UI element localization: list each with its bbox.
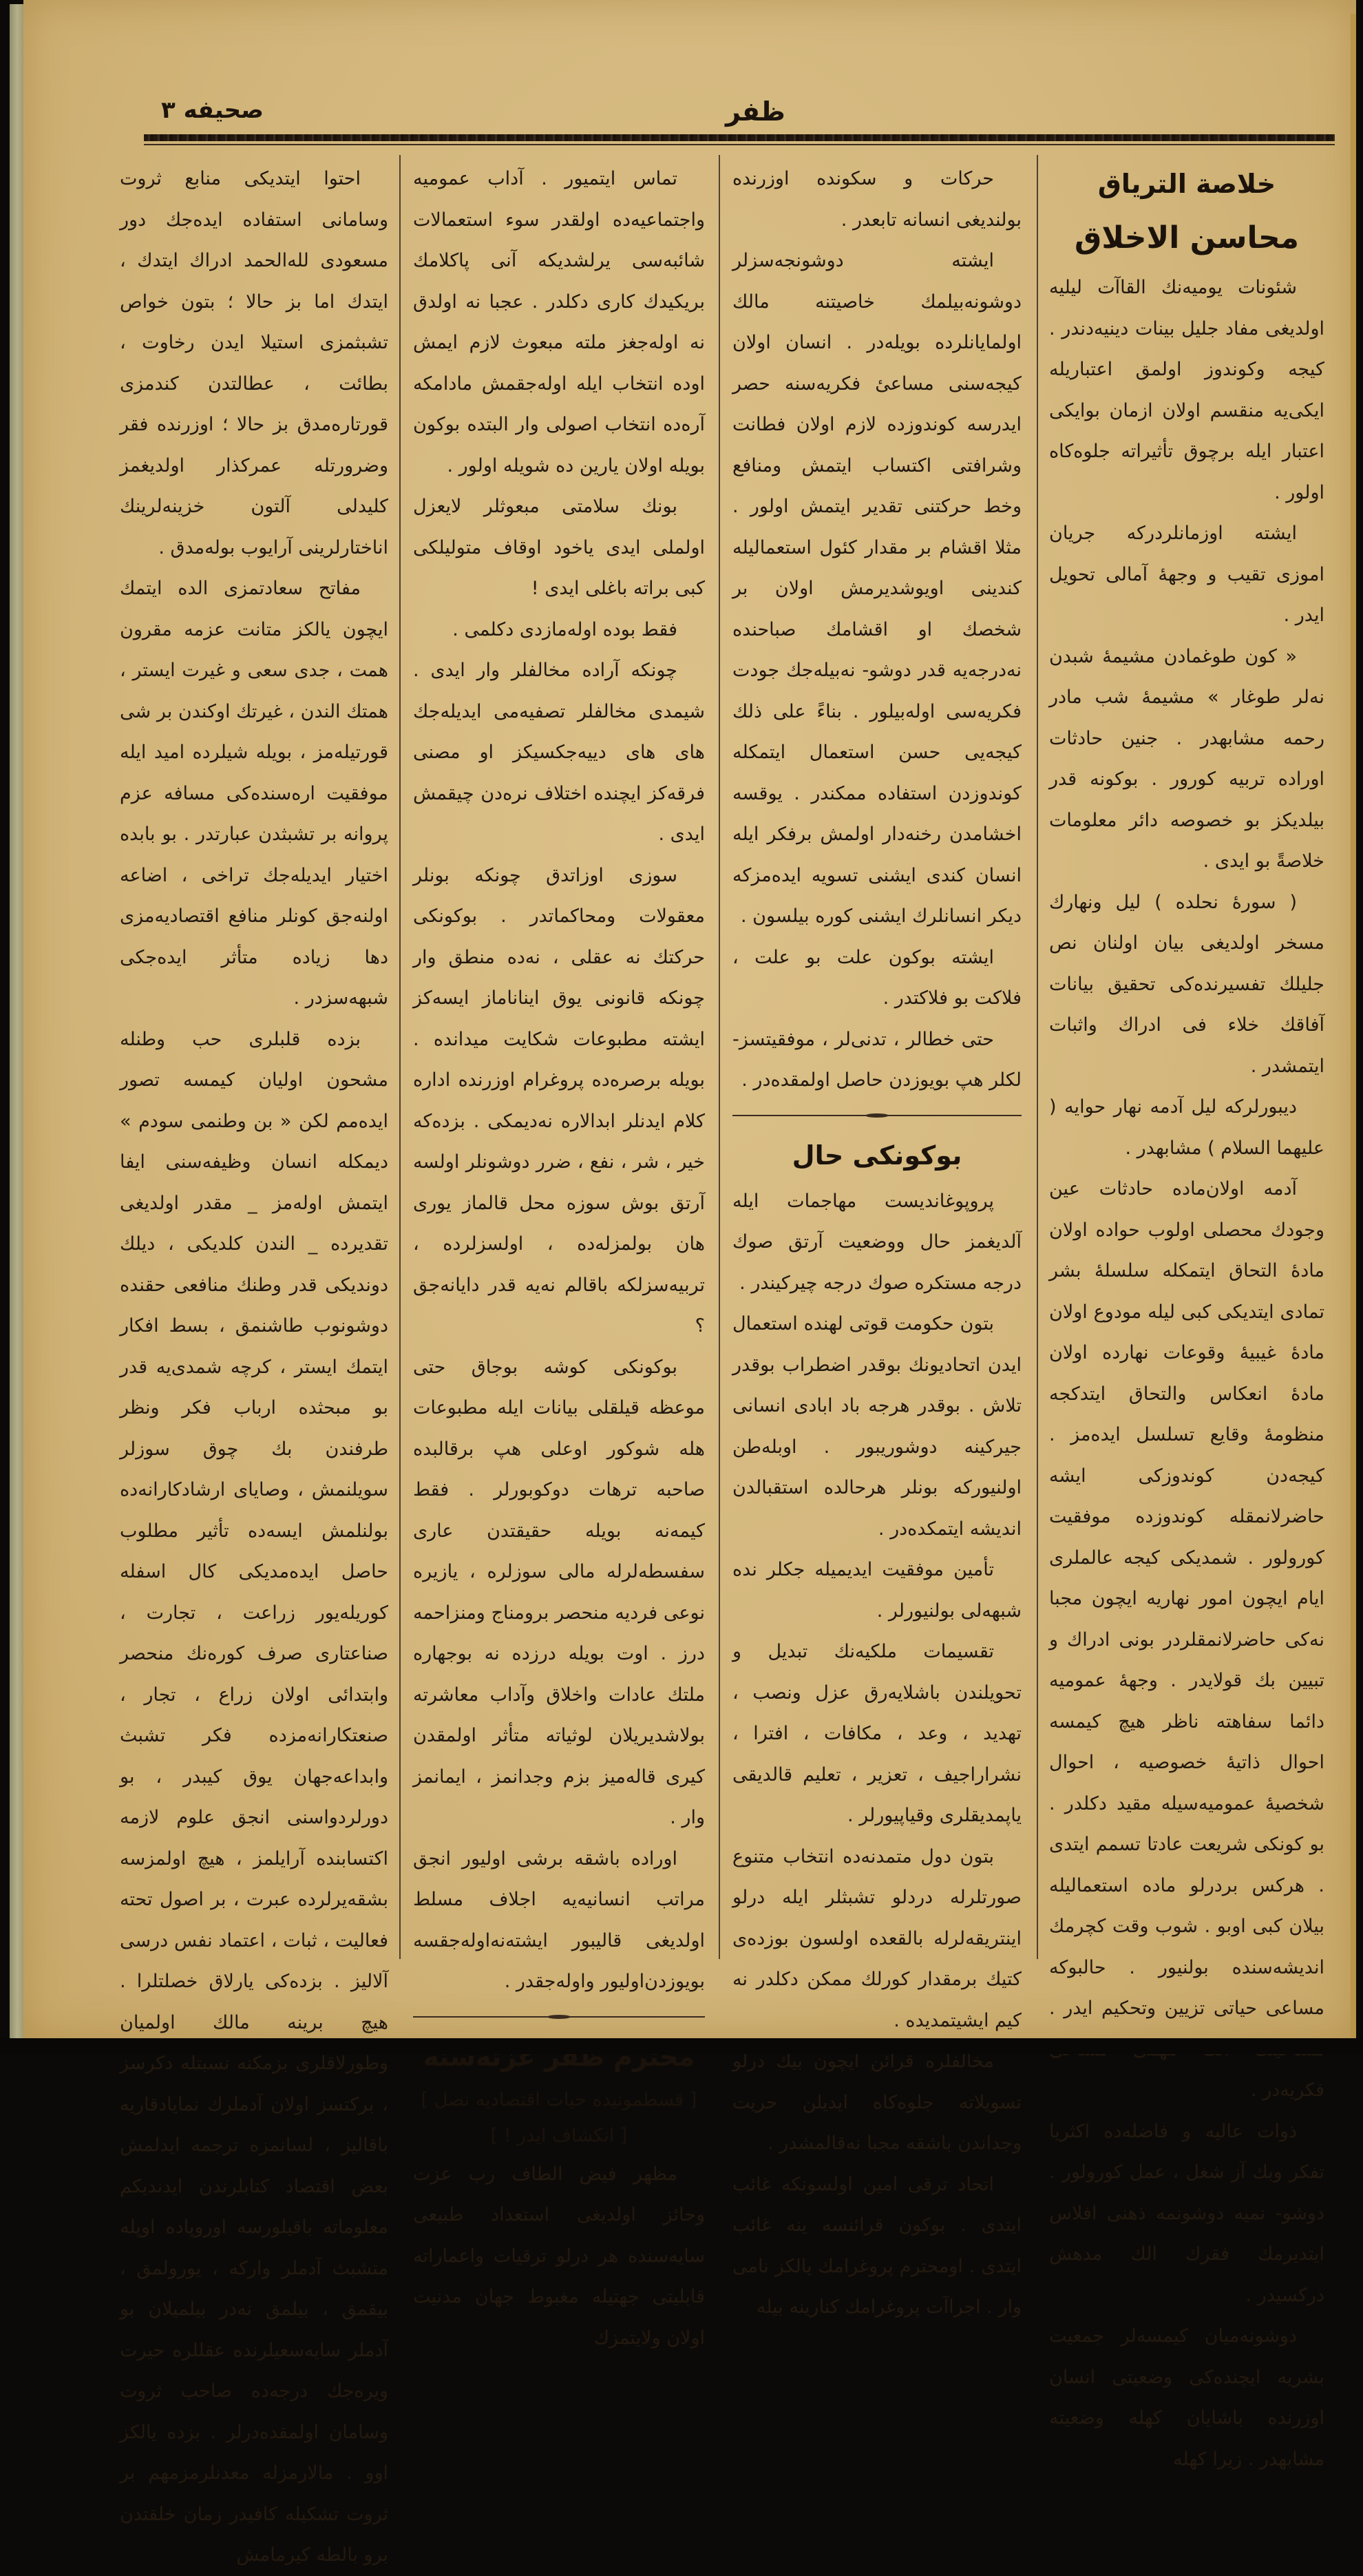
section-separator [732,1108,1022,1123]
paragraph: ( سورۀ نحلده ) لیل ونهارك مسخر اولدیغی ب… [1049,882,1324,1087]
paragraph: تأمین موفقیت ایدیمیله جکلر نده شبهه‌لی ب… [732,1549,1022,1631]
paragraph: « کون طوغمادن مشیمۀ شبدن نه‌لر طوغار » م… [1049,636,1324,882]
newspaper-title: ظفر [726,96,785,127]
paragraph: حرکات و سکونده اوزرنده بولندیغی انسانه ت… [732,158,1022,240]
paragraph: احتوا ایتدیکی منابع ثروت وسامانی استفاده… [120,158,388,568]
column-right: خلاصة التریاق محاسن الاخلاق شئونات یومیه… [1049,158,1324,2054]
paragraph: دیبورلرکه لیل آدمه نهار حوایه ( علیهما ا… [1049,1087,1324,1169]
column-center-left: تماس ایتمیور . آداب عمومیه واجتماعیه‌ده … [413,158,705,2054]
paragraph: چونکه آراده مخالفلر وار ایدی . شیمدی مخا… [413,650,705,855]
scan-background: صحیفه ٣ ظفر خلاصة التریاق محاسن الاخلاق … [0,0,1363,2054]
newspaper-page: صحیفه ٣ ظفر خلاصة التریاق محاسن الاخلاق … [23,0,1356,2038]
paragraph: بونك سلامتی مبعوثلر لایعزل اولملی ایدی ی… [413,486,705,609]
column-divider [399,155,401,1959]
paragraph: فقط بوده اوله‌مازدی دکلمی . [413,609,705,651]
paragraph: ایشته اوزمانلردرکه جریان اموزی تقیب و وج… [1049,513,1324,636]
section-separator [413,2009,705,2024]
paragraph: بزده قلبلری حب وطنله مشحون اولیان کیمسه … [120,1019,388,2055]
column-center-right: حرکات و سکونده اوزرنده بولندیغی انسانه ت… [732,158,1022,2054]
article-supertitle: خلاصة التریاق [1049,158,1324,209]
paragraph: پروپوغاندیست مهاجمات ایله آلدیغمز حال وو… [732,1181,1022,1304]
binding-strip [10,4,25,2042]
paragraph: بوکونکی کوشه بوجاق حتی موعظه قیلقلی بیان… [413,1347,705,1839]
paragraph: حتی خطالر ، تدنی‌لر ، موفقیتسز- لکلر هپ … [732,1019,1022,1101]
column-divider [1037,155,1038,1959]
paragraph: بتون دول متمدنه‌ده انتخاب متنوع صورتلرله… [732,1836,1022,2042]
paragraph: بتون حکومت قوتی لهنده استعمال ایدن اتحاد… [732,1303,1022,1549]
paragraph: تماس ایتمیور . آداب عمومیه واجتماعیه‌ده … [413,158,705,486]
paragraph: ایشته دوشونجه‌سزلر دوشونه‌بیلمك خاصیتنه … [732,240,1022,937]
paragraph: آدمه اولان‌ماده حادثات عین وجودك محصلی ا… [1049,1169,1324,2054]
column-left: احتوا ایتدیکی منابع ثروت وسامانی استفاده… [120,158,388,2054]
paragraph: سوزی اوزاتدق چونکه بونلر معقولات ومحاکما… [413,855,705,1347]
paragraph: ایشته بوکون علت بو علت ، فلاکت بو فلاکتد… [732,937,1022,1019]
article-title: محاسن الاخلاق [1049,209,1324,267]
masthead: صحیفه ٣ ظفر [120,96,1276,138]
section-title: بوکونکی حال [732,1130,1022,1181]
paragraph: شئونات یومیه‌نك القاآت لیلیه اولدیغی مفا… [1049,267,1324,513]
page-edge [1351,14,1356,2038]
paragraph: تقسیمات ملکیه‌نك تبدیل و تحویلندن باشلای… [732,1631,1022,1836]
page-number-label: صحیفه ٣ [161,96,264,124]
masthead-rule [144,134,1335,141]
paragraph: اوراده باشقه برشی اولیور انجق مراتب انسا… [413,1839,705,2002]
scan-bottom-edge [0,2038,1363,2054]
paragraph: مفاتح سعادتمزی الده ایتمك ایچون یالکز مت… [120,568,388,1019]
masthead-rule-thin [144,144,1335,145]
column-divider [719,155,720,1959]
